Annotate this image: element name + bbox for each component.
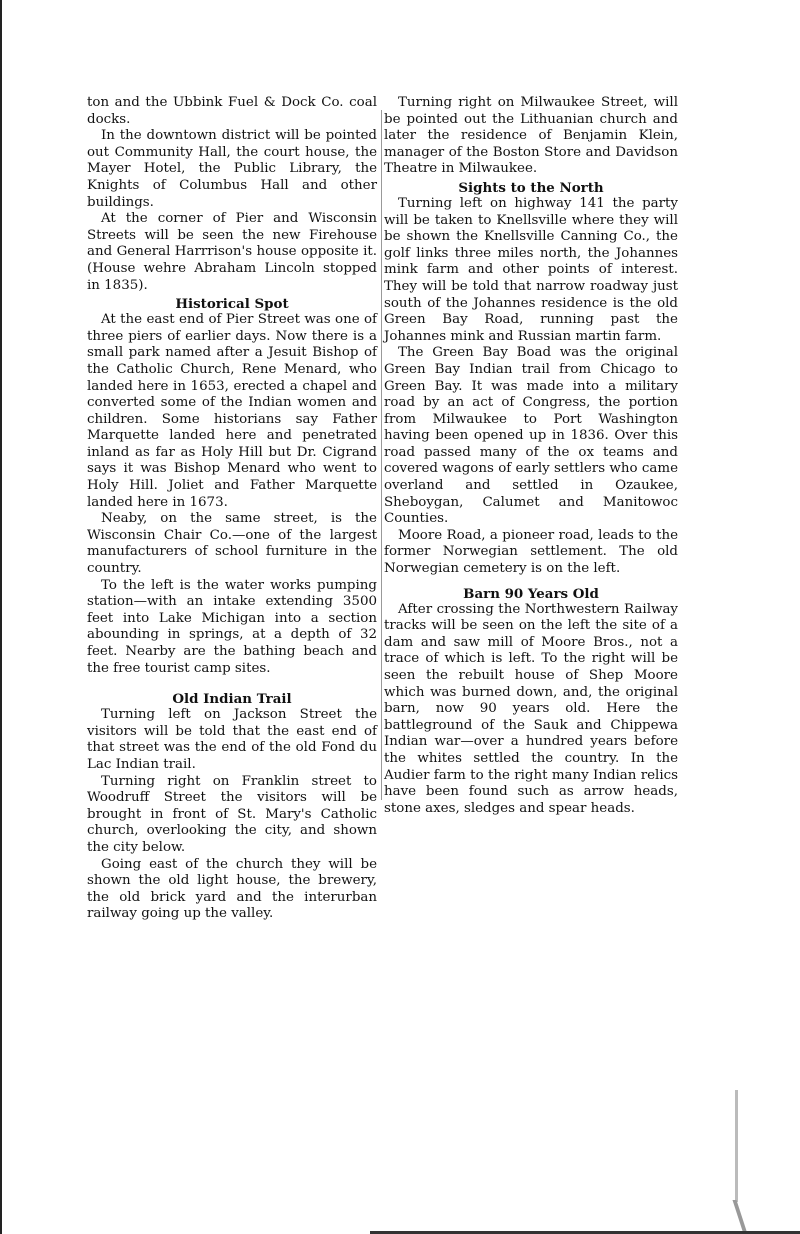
paragraph: Neaby, on the same street, is the Wiscon… [87,511,377,577]
paragraph: In the downtown district will be pointed… [87,128,377,211]
paragraph: Turning left on highway 141 the party wi… [384,196,678,345]
paragraph: Turning left on Jackson Street the visit… [87,707,377,773]
subheading-old-indian-trail: Old Indian Trail [87,691,377,707]
paragraph: Moore Road, a pioneer road, leads to the… [384,528,678,578]
paragraph: After crossing the Northwestern Railway … [384,602,678,818]
subheading-historical-spot: Historical Spot [87,296,377,312]
scan-left-edge [0,0,2,1234]
paragraph: The Green Bay Boad was the original Gree… [384,345,678,528]
paragraph: At the east end of Pier Street was one o… [87,312,377,511]
article-column-left: ton and the Ubbink Fuel & Dock Co. coal … [87,95,377,923]
scan-fold-mark [735,1090,738,1202]
subheading-barn-90-years-old: Barn 90 Years Old [384,586,678,602]
paragraph: Going east of the church they will be sh… [87,857,377,923]
paragraph: ton and the Ubbink Fuel & Dock Co. coal … [87,95,377,128]
article-column-right: Turning right on Milwaukee Street, will … [384,95,678,817]
scan-fold-mark-tail [732,1200,747,1234]
paragraph: To the left is the water works pumping s… [87,578,377,678]
column-divider [381,110,382,800]
paragraph: Turning right on Franklin street to Wood… [87,774,377,857]
paragraph: Turning right on Milwaukee Street, will … [384,95,678,178]
subheading-sights-to-the-north: Sights to the North [384,180,678,196]
paragraph: At the corner of Pier and Wisconsin Stre… [87,211,377,294]
